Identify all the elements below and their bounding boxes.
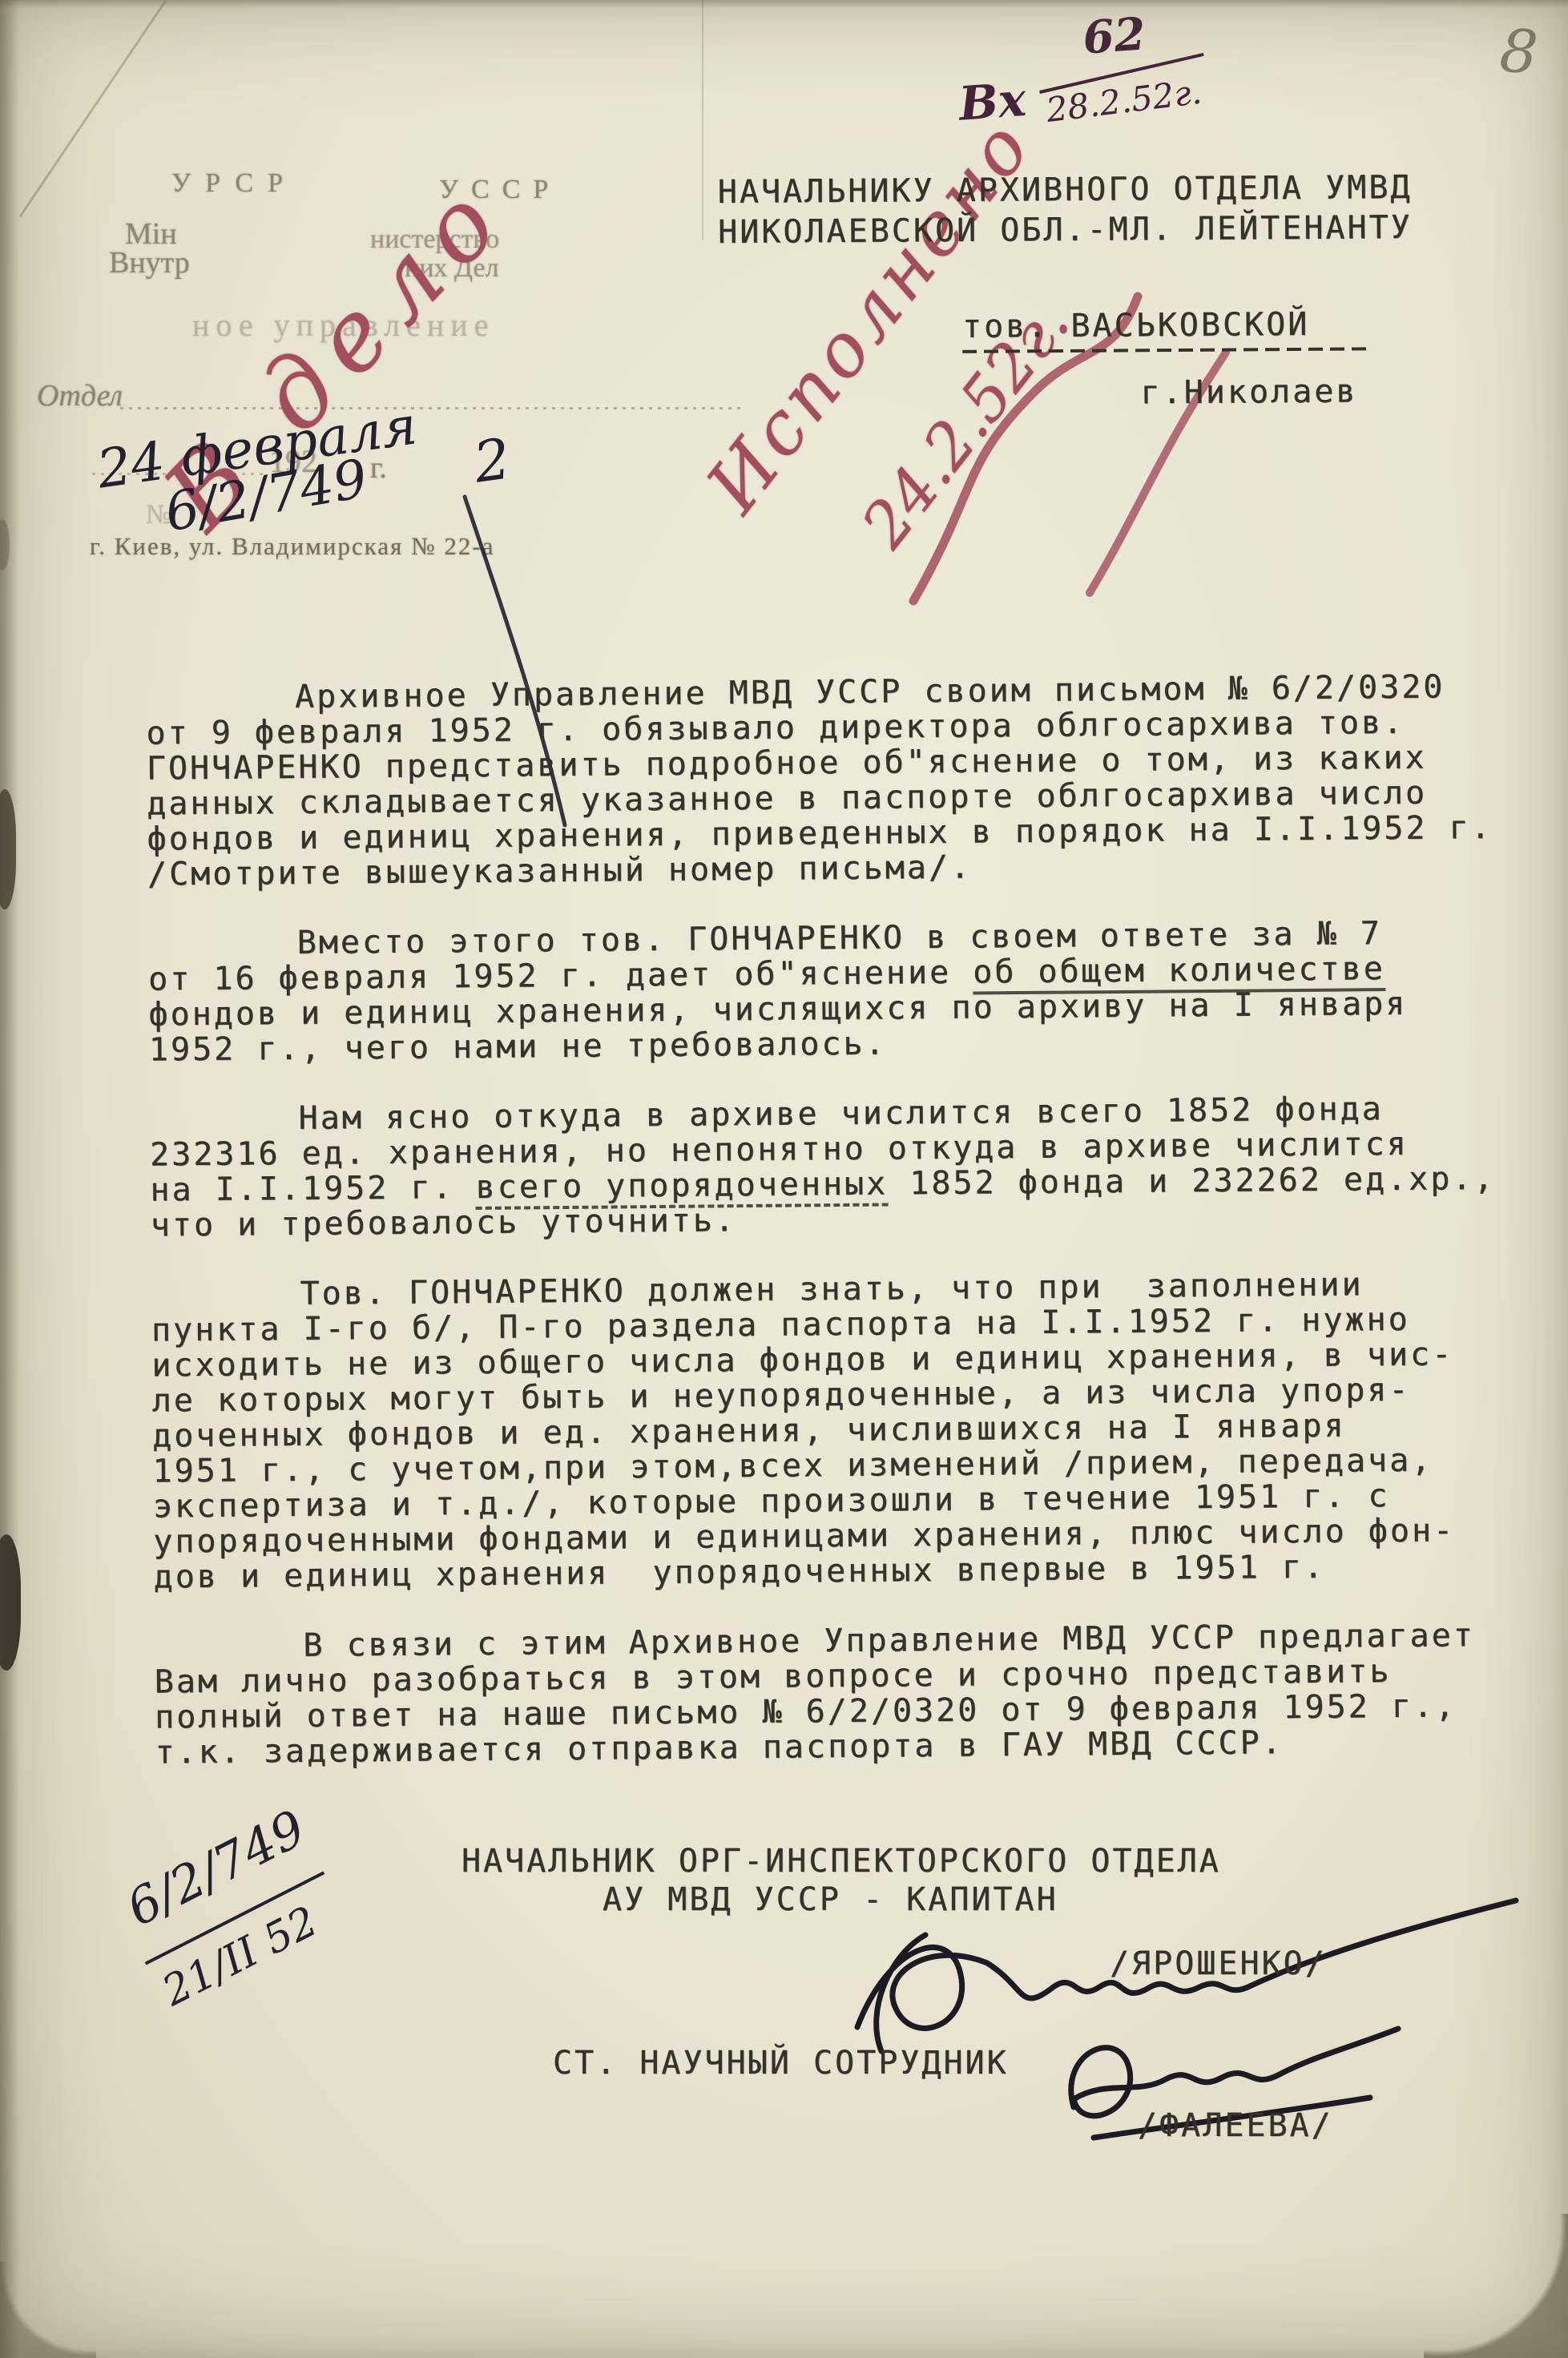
scanned-letter-page: 8 Вх 62 28.2.52г. УРСР УССР Мін Внутр ни… <box>0 0 1568 2358</box>
paragraph: В связи с этим Архивное Управление МВД У… <box>154 1617 1534 1770</box>
letterhead-department-label: Отдел <box>37 378 123 413</box>
top-edge-shadow <box>0 0 1568 8</box>
signer2-title: СТ. НАУЧНЫЙ СОТРУДНИК <box>553 2045 1009 2082</box>
incoming-date: 28.2.52г. <box>1044 72 1203 130</box>
fold-crease-topleft <box>19 0 174 217</box>
incoming-number: 62 <box>1081 7 1147 64</box>
fold-crease-topcenter <box>702 0 703 240</box>
body-text: 1852 фонда и 232262 ед.хр., <box>888 1160 1496 1203</box>
paragraph: Нам ясно откуда в архиве числится всего … <box>150 1090 1530 1243</box>
recipient-city: г.Николаев <box>1140 371 1357 413</box>
body-text: на I.I.1952 г. <box>150 1169 476 1209</box>
faleeva-signature <box>1018 2003 1418 2171</box>
letterhead-ua-line3: Внутр <box>109 245 190 280</box>
recipient-line1: НАЧАЛЬНИКУ АРХИВНОГО ОТДЕЛА УМВД <box>718 167 1413 212</box>
signer1-name: /ЯРОШЕНКО/ <box>1110 1945 1327 1982</box>
page-number: 8 <box>1497 16 1540 87</box>
recipient-block: НАЧАЛЬНИКУ АРХИВНОГО ОТДЕЛА УМВД НИКОЛАЕ… <box>718 167 1413 252</box>
recipient-name: тов. ВАСЬКОВСКОЙ <box>962 304 1310 347</box>
rounded-corner-shadow <box>0 2262 96 2358</box>
signer2-name: /ФАЛЕЕВА/ <box>1138 2107 1333 2144</box>
paragraph: Архивное Управление МВД УССР своим письм… <box>146 669 1527 893</box>
letterhead-ua-line1: УРСР <box>171 168 297 199</box>
recipient-line2: НИКОЛАЕВСКОЙ ОБЛ.-МЛ. ЛЕЙТЕНАНТУ <box>718 208 1413 252</box>
rounded-corner-shadow <box>1424 2214 1568 2358</box>
left-edge-shadow <box>0 0 19 2358</box>
letter-body: Архивное Управление МВД УССР своим письм… <box>146 669 1535 1805</box>
paragraph: Вместо этого тов. ГОНЧАРЕНКО в своем отв… <box>148 915 1529 1068</box>
paragraph: Тов. ГОНЧАРЕНКО должен знать, что при за… <box>151 1265 1533 1594</box>
